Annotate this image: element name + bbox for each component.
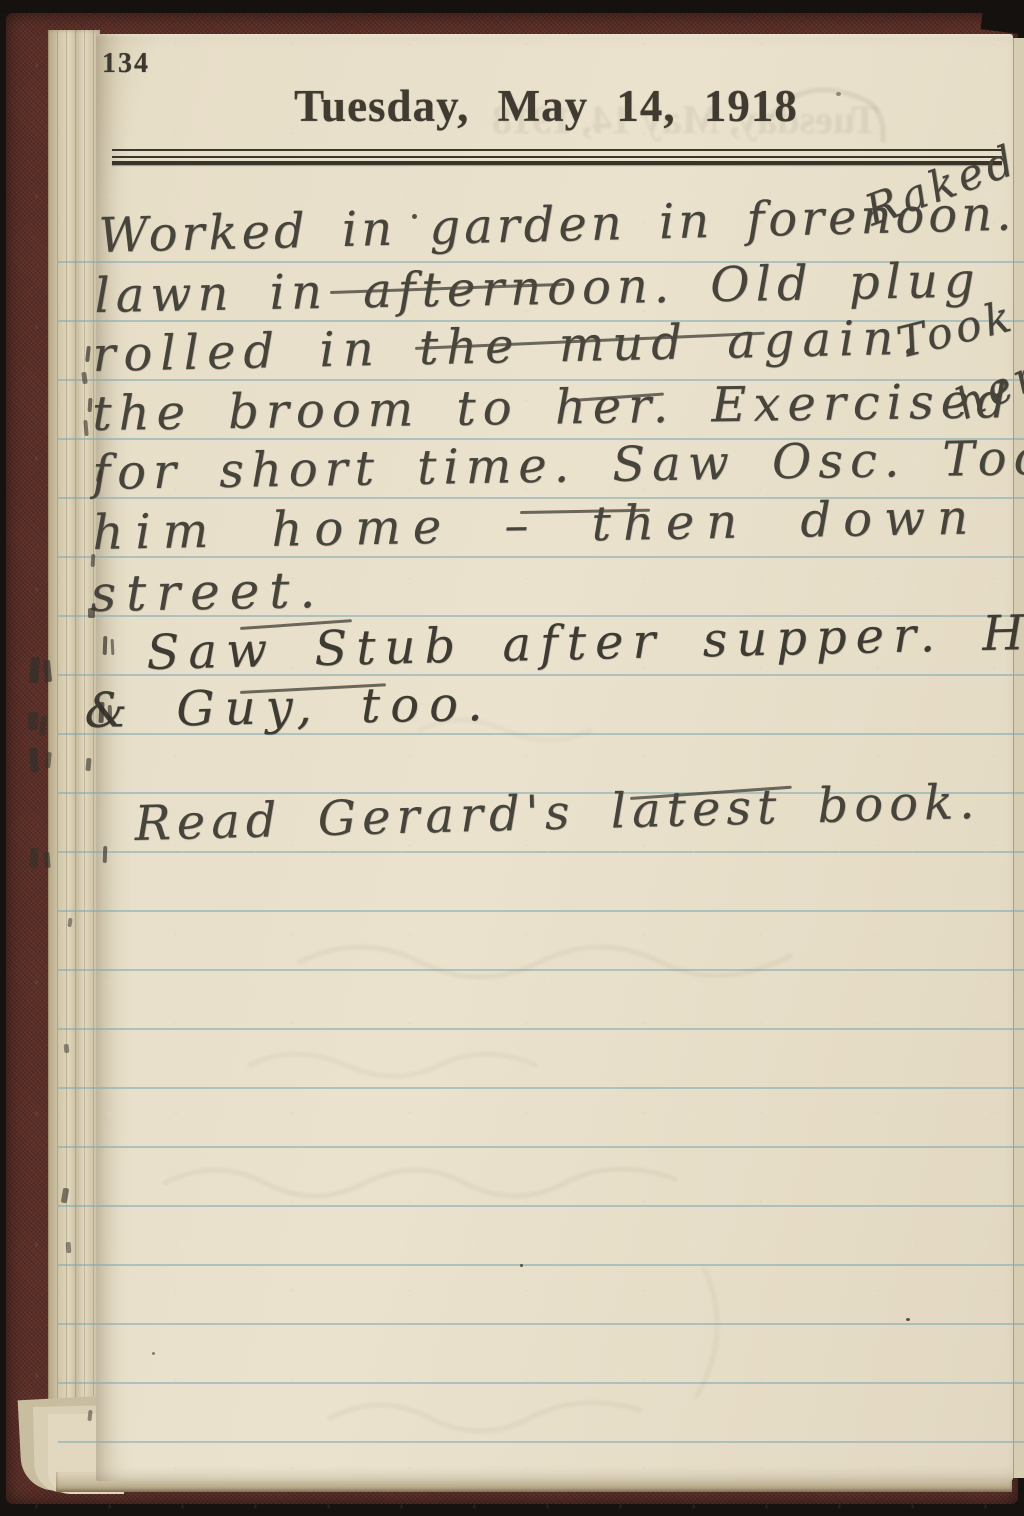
margin-ink-mark <box>29 748 39 772</box>
margin-ink-mark <box>28 712 39 730</box>
header-rule-top <box>112 149 1002 158</box>
paper-speck <box>836 92 841 96</box>
margin-ink-mark <box>103 636 108 655</box>
paper-speck <box>906 1318 910 1321</box>
diary-line: street. <box>90 565 326 619</box>
header-double-rule <box>112 149 1002 165</box>
page-number: 134 <box>102 48 150 80</box>
paper-speck <box>152 1352 155 1355</box>
page-stack-left-edge <box>48 30 100 1486</box>
diary-line: the broom to her. Exercised <box>92 377 1014 438</box>
header-rule-bottom <box>112 161 1002 165</box>
margin-ink-mark <box>66 1242 72 1253</box>
page-title: Tuesday, May 14, 1918 <box>96 80 996 132</box>
margin-ink-mark <box>43 852 50 868</box>
page-right-edge <box>1013 38 1024 1478</box>
paper-speck <box>520 1264 523 1267</box>
margin-ink-mark <box>29 657 40 684</box>
margin-ink-mark <box>64 1044 70 1053</box>
margin-ink-mark <box>103 846 108 863</box>
margin-ink-mark <box>88 608 95 618</box>
margin-ink-mark <box>108 705 113 723</box>
paper-speck <box>412 214 417 219</box>
margin-ink-mark <box>91 554 96 567</box>
cover-worn-corner <box>981 3 1024 34</box>
diary-line: for short time. Saw Osc. Took <box>92 433 1024 497</box>
diary-scan: Tuesday, May 14, 1918 134 Tuesday, May 1… <box>0 0 1024 1516</box>
margin-ink-mark <box>29 848 38 868</box>
